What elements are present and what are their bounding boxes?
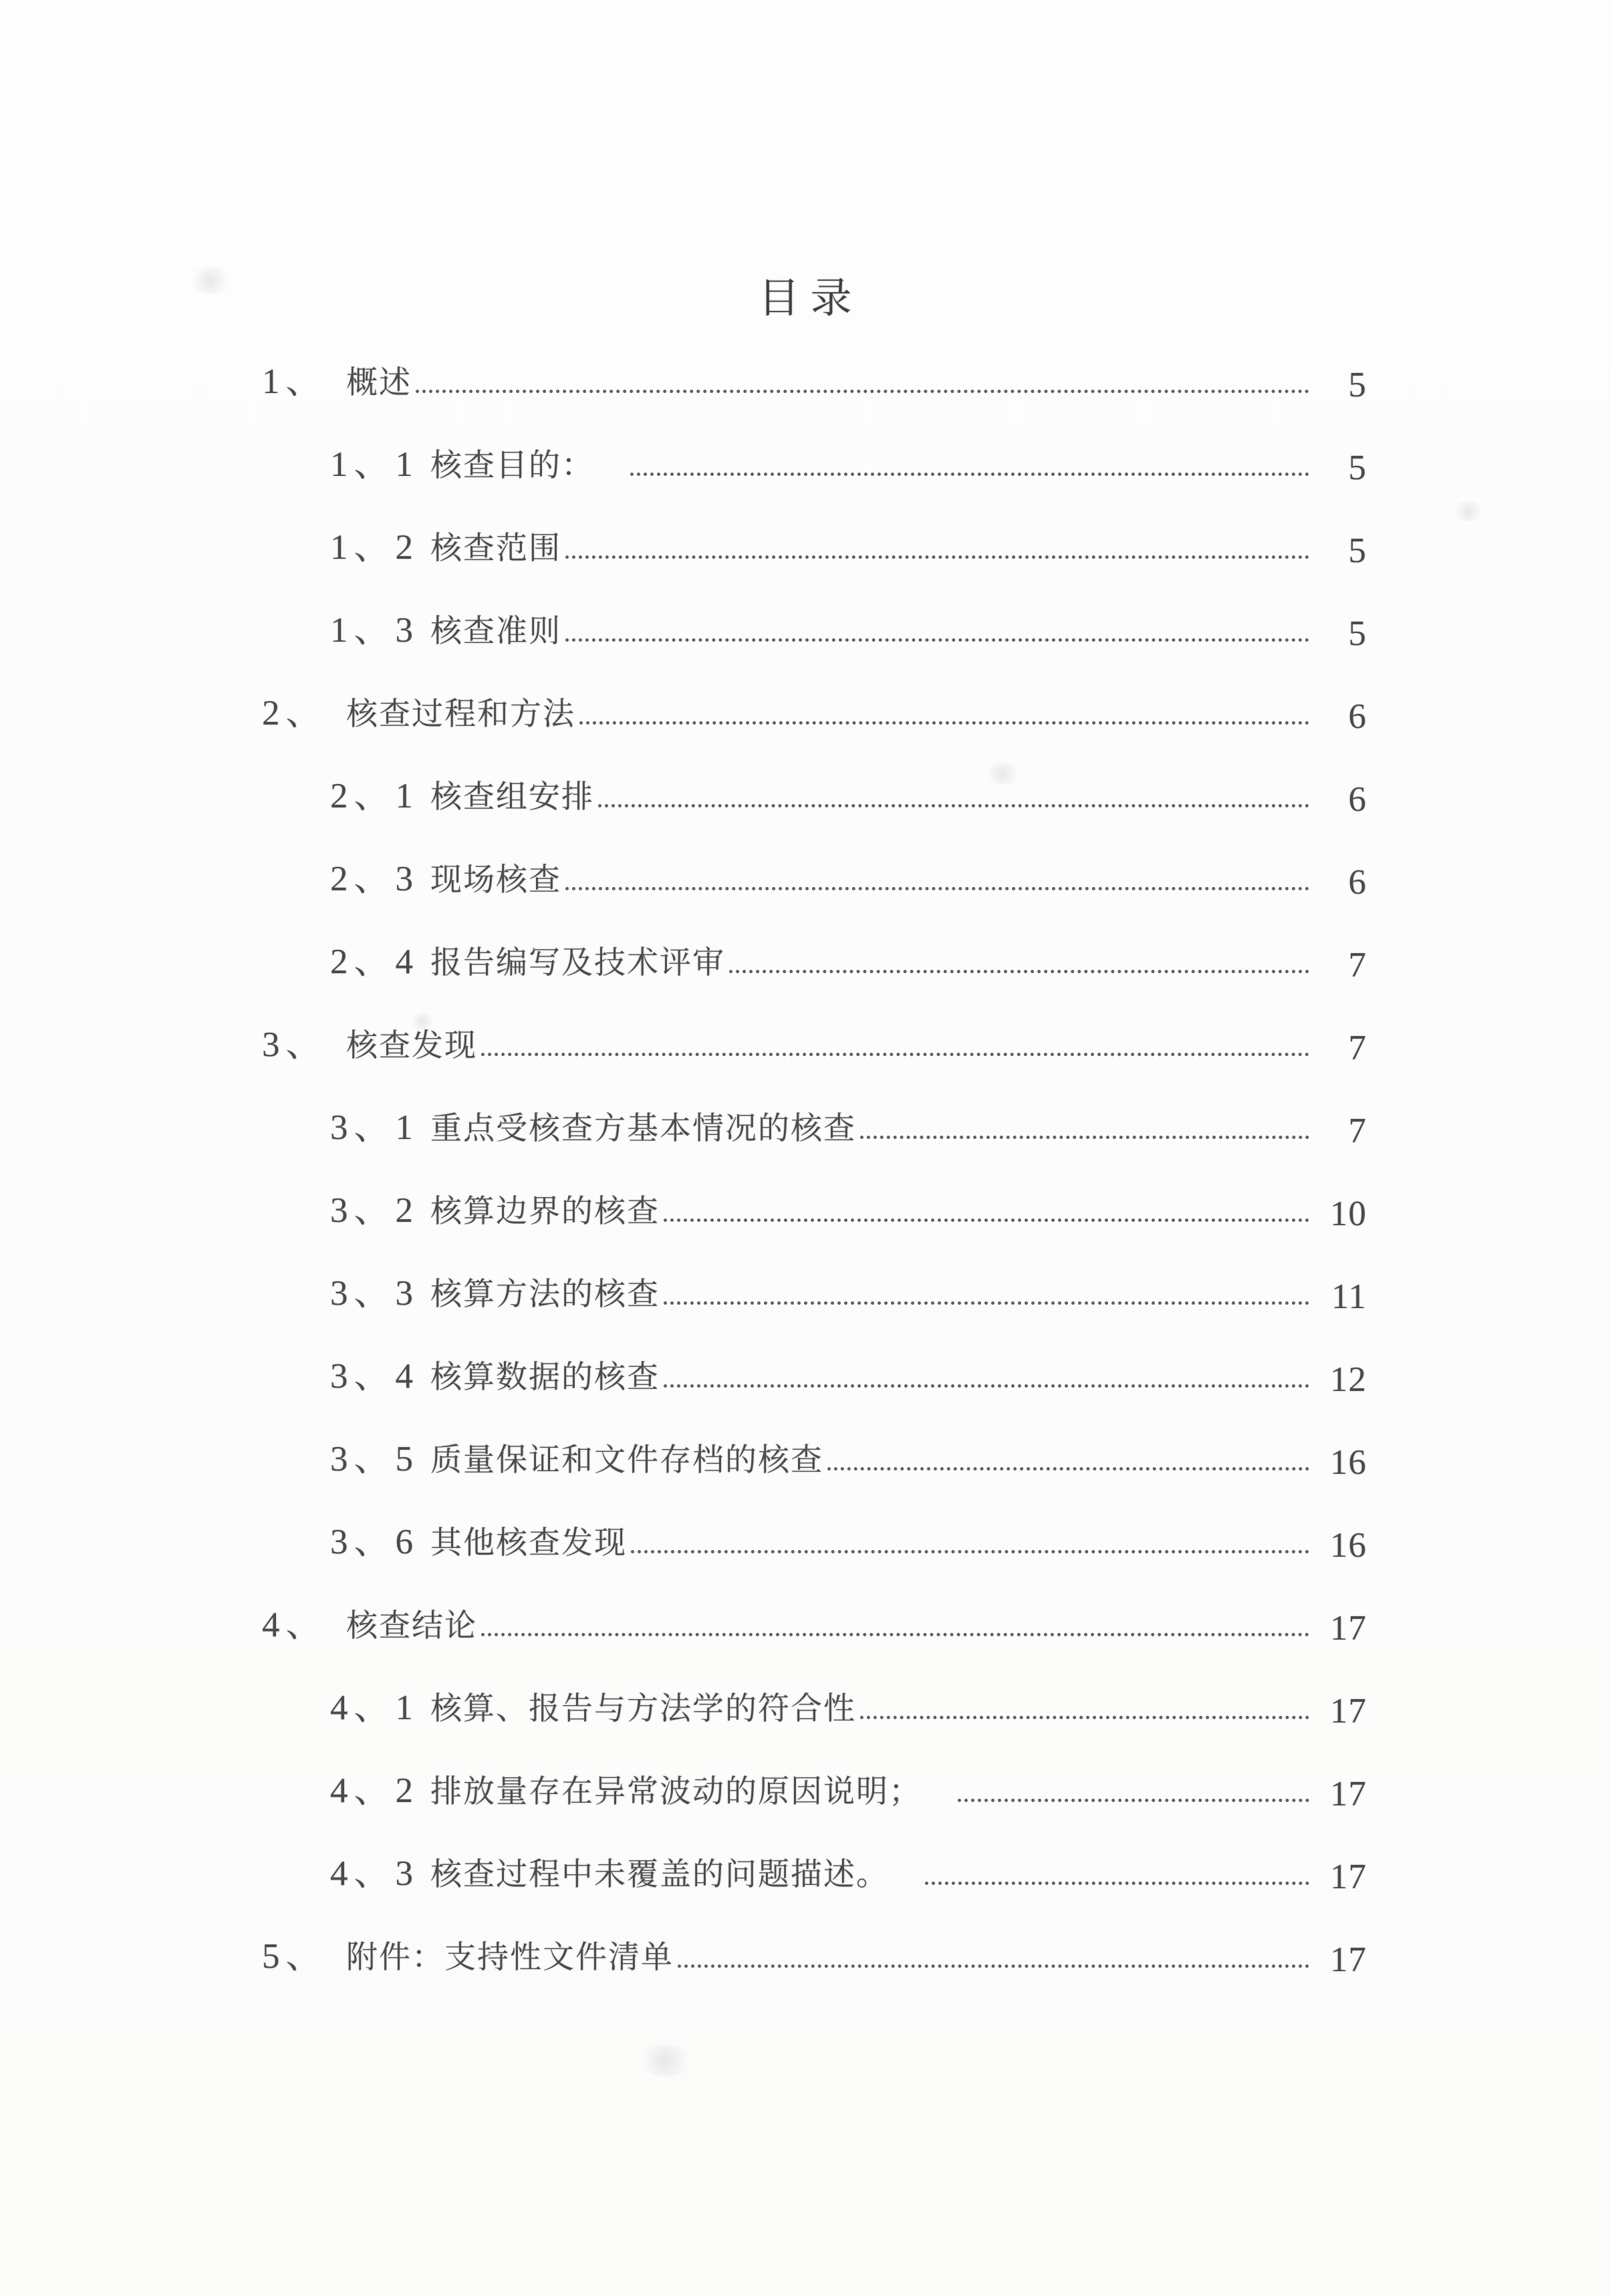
toc-leader-dots bbox=[678, 1964, 1309, 1968]
toc-entry-number: 3、 bbox=[262, 1016, 346, 1067]
toc-entry-label: 核查过程和方法 bbox=[346, 689, 575, 734]
toc-leader-dots bbox=[860, 1716, 1309, 1719]
toc-entry: 4、2排放量存在异常波动的原因说明；17 bbox=[0, 1726, 1610, 1809]
toc-leader-dots bbox=[664, 1384, 1309, 1388]
toc-entry-number: 2、1 bbox=[330, 767, 430, 818]
toc-entry-label: 核查目的： bbox=[430, 440, 594, 485]
toc-entry: 3、4核算数据的核查12 bbox=[0, 1311, 1610, 1394]
toc-entry: 4、1核算、报告与方法学的符合性17 bbox=[0, 1643, 1610, 1726]
toc-entry-label: 核查发现 bbox=[346, 1021, 477, 1065]
toc-list: 1、概述51、1核查目的：51、2核查范围51、3核查准则52、核查过程和方法6… bbox=[0, 317, 1610, 1974]
toc-page-number: 6 bbox=[1316, 696, 1367, 737]
toc-page-number: 17 bbox=[1316, 1691, 1367, 1731]
toc-entry: 4、核查结论17 bbox=[0, 1560, 1610, 1643]
toc-page-number: 17 bbox=[1316, 1774, 1367, 1814]
toc-entry-number: 5、 bbox=[262, 1928, 346, 1979]
toc-page-number: 6 bbox=[1316, 779, 1367, 819]
toc-entry: 3、1重点受核查方基本情况的核查7 bbox=[0, 1063, 1610, 1146]
toc-entry: 1、概述5 bbox=[0, 317, 1610, 400]
toc-leader-dots bbox=[729, 970, 1309, 973]
toc-entry: 2、核查过程和方法6 bbox=[0, 648, 1610, 731]
toc-entry-label: 附件：支持性文件清单 bbox=[346, 1932, 674, 1977]
toc-leader-dots bbox=[481, 1633, 1309, 1636]
toc-page-number: 16 bbox=[1316, 1525, 1367, 1565]
toc-entry-number: 3、2 bbox=[330, 1182, 430, 1233]
toc-leader-dots bbox=[481, 1053, 1309, 1056]
toc-page-number: 10 bbox=[1316, 1194, 1367, 1234]
toc-entry-number: 1、2 bbox=[330, 519, 430, 569]
toc-entry: 2、1核查组安排6 bbox=[0, 731, 1610, 814]
toc-page-number: 7 bbox=[1316, 1111, 1367, 1151]
toc-page-number: 5 bbox=[1316, 614, 1367, 654]
toc-entry-number: 4、2 bbox=[330, 1762, 430, 1813]
toc-entry: 3、6其他核查发现16 bbox=[0, 1477, 1610, 1560]
toc-leader-dots bbox=[631, 1550, 1309, 1553]
toc-leader-dots bbox=[565, 555, 1309, 559]
page-title: 目录 bbox=[0, 265, 1610, 324]
toc-entry-label: 核查组安排 bbox=[430, 772, 594, 817]
toc-page-number: 12 bbox=[1316, 1360, 1367, 1400]
toc-page-number: 11 bbox=[1316, 1277, 1367, 1317]
toc-entry-label: 概述 bbox=[346, 358, 412, 402]
toc-entry: 2、3现场核查6 bbox=[0, 814, 1610, 897]
toc-leader-dots bbox=[664, 1219, 1309, 1222]
toc-entry-label: 报告编写及技术评审 bbox=[430, 938, 725, 983]
toc-leader-dots bbox=[630, 473, 1309, 476]
toc-page-number: 6 bbox=[1316, 862, 1367, 902]
toc-entry-label: 其他核查发现 bbox=[430, 1518, 627, 1563]
toc-entry-number: 3、6 bbox=[330, 1513, 430, 1564]
toc-entry-number: 2、3 bbox=[330, 850, 430, 901]
toc-entry-label: 重点受核查方基本情况的核查 bbox=[430, 1104, 856, 1148]
toc-page-number: 17 bbox=[1316, 1608, 1367, 1648]
toc-entry: 3、5质量保证和文件存档的核查16 bbox=[0, 1394, 1610, 1477]
toc-entry: 3、2核算边界的核查10 bbox=[0, 1146, 1610, 1229]
toc-entry-number: 1、 bbox=[262, 353, 346, 404]
toc-leader-dots bbox=[827, 1467, 1309, 1471]
toc-entry-label: 质量保证和文件存档的核查 bbox=[430, 1435, 823, 1480]
toc-page-number: 16 bbox=[1316, 1442, 1367, 1483]
toc-entry-label: 核算边界的核查 bbox=[430, 1186, 660, 1231]
toc-entry-label: 核查过程中未覆盖的问题描述。 bbox=[430, 1849, 889, 1894]
toc-leader-dots bbox=[565, 887, 1309, 890]
toc-entry-number: 3、1 bbox=[330, 1099, 430, 1150]
toc-entry-number: 4、3 bbox=[330, 1845, 430, 1896]
toc-entry-label: 现场核查 bbox=[430, 855, 561, 900]
toc-entry-label: 核查结论 bbox=[346, 1601, 477, 1646]
scanned-toc-page: 目录 1、概述51、1核查目的：51、2核查范围51、3核查准则52、核查过程和… bbox=[0, 0, 1610, 2296]
toc-page-number: 7 bbox=[1316, 1028, 1367, 1068]
toc-page-number: 17 bbox=[1316, 1857, 1367, 1897]
toc-entry-number: 1、3 bbox=[330, 602, 430, 652]
toc-page-number: 17 bbox=[1316, 1940, 1367, 1980]
toc-entry: 5、附件：支持性文件清单17 bbox=[0, 1892, 1610, 1974]
toc-leader-dots bbox=[598, 804, 1309, 807]
toc-entry: 1、3核查准则5 bbox=[0, 565, 1610, 648]
toc-entry-number: 2、 bbox=[262, 684, 346, 735]
toc-entry-label: 核算、报告与方法学的符合性 bbox=[430, 1684, 856, 1729]
toc-entry-number: 3、5 bbox=[330, 1430, 430, 1481]
toc-entry: 4、3核查过程中未覆盖的问题描述。17 bbox=[0, 1809, 1610, 1892]
toc-entry: 2、4报告编写及技术评审7 bbox=[0, 897, 1610, 980]
scan-smudge bbox=[635, 2045, 695, 2076]
toc-entry-label: 核查范围 bbox=[430, 523, 561, 568]
toc-leader-dots bbox=[958, 1799, 1309, 1802]
toc-entry: 3、3核算方法的核查11 bbox=[0, 1229, 1610, 1311]
toc-leader-dots bbox=[664, 1301, 1309, 1305]
toc-entry-number: 3、3 bbox=[330, 1265, 430, 1315]
toc-leader-dots bbox=[416, 390, 1309, 393]
toc-entry-number: 1、1 bbox=[330, 436, 430, 487]
toc-leader-dots bbox=[579, 721, 1309, 725]
toc-page-number: 5 bbox=[1316, 365, 1367, 405]
toc-page-number: 5 bbox=[1316, 448, 1367, 488]
toc-entry-number: 3、4 bbox=[330, 1348, 430, 1398]
toc-entry-label: 核算方法的核查 bbox=[430, 1269, 660, 1314]
toc-entry-label: 核算数据的核查 bbox=[430, 1352, 660, 1397]
toc-page-number: 5 bbox=[1316, 531, 1367, 571]
toc-entry-label: 核查准则 bbox=[430, 606, 561, 651]
toc-entry-number: 4、1 bbox=[330, 1679, 430, 1730]
toc-leader-dots bbox=[925, 1882, 1309, 1885]
toc-page-number: 7 bbox=[1316, 945, 1367, 985]
toc-entry: 1、1核查目的：5 bbox=[0, 400, 1610, 483]
toc-entry: 1、2核查范围5 bbox=[0, 483, 1610, 565]
toc-entry: 3、核查发现7 bbox=[0, 980, 1610, 1063]
toc-entry-label: 排放量存在异常波动的原因说明； bbox=[430, 1767, 922, 1811]
toc-leader-dots bbox=[565, 638, 1309, 642]
toc-entry-number: 4、 bbox=[262, 1596, 346, 1647]
toc-leader-dots bbox=[860, 1136, 1309, 1139]
toc-entry-number: 2、4 bbox=[330, 933, 430, 984]
